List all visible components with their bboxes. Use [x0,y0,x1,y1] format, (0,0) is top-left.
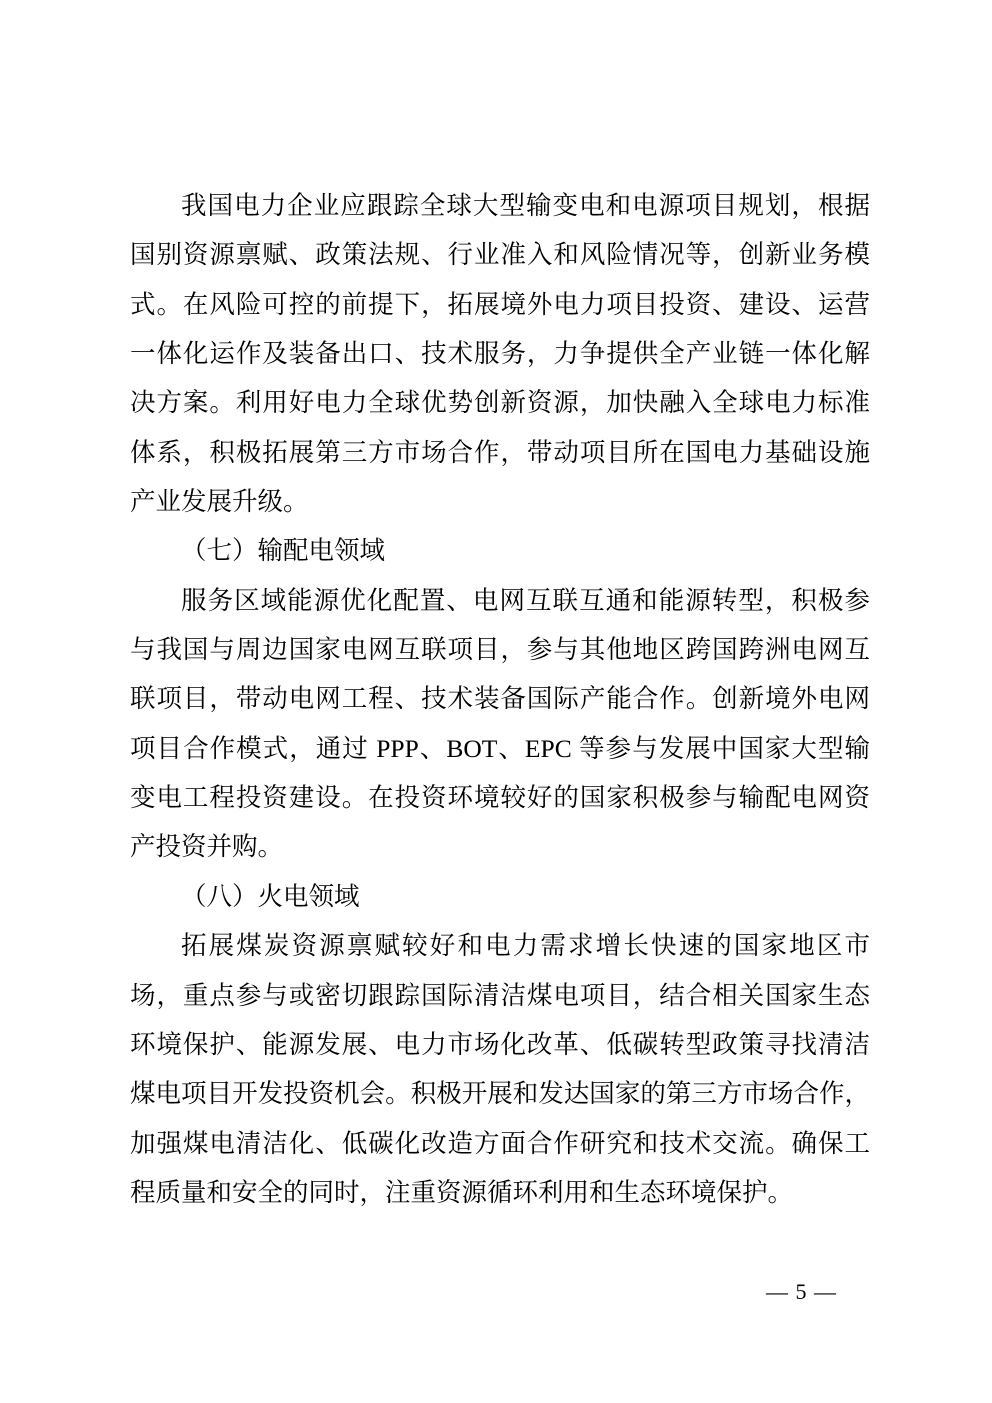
paragraph-global-power: 我国电力企业应跟踪全球大型输变电和电源项目规划，根据 国别资源禀赋、政策法规、行… [130,181,870,526]
text-line: 产业发展升级。 [130,477,870,526]
text-line: 国别资源禀赋、政策法规、行业准入和风险情况等，创新业务模 [130,230,870,279]
text-line: 体系，积极拓展第三方市场合作，带动项目所在国电力基础设施 [130,428,870,477]
text-line: 变电工程投资建设。在投资环境较好的国家积极参与输配电网资 [130,773,870,822]
text-line: 场，重点参与或密切跟踪国际清洁煤电项目，结合相关国家生态 [130,971,870,1020]
paragraph-thermal-power: 拓展煤炭资源禀赋较好和电力需求增长快速的国家地区市 场，重点参与或密切跟踪国际清… [130,921,870,1217]
document-page: 我国电力企业应跟踪全球大型输变电和电源项目规划，根据 国别资源禀赋、政策法规、行… [0,0,992,1403]
text-line: 拓展煤炭资源禀赋较好和电力需求增长快速的国家地区市 [130,921,870,970]
text-line: 联项目，带动电网工程、技术装备国际产能合作。创新境外电网 [130,674,870,723]
section-heading-transmission-distribution: （七）输配电领域 [130,526,870,575]
text-line: 加强煤电清洁化、低碳化改造方面合作研究和技术交流。确保工 [130,1119,870,1168]
paragraph-transmission-distribution: 服务区域能源优化配置、电网互联互通和能源转型，积极参 与我国与周边国家电网互联项… [130,576,870,872]
text-line: 一体化运作及装备出口、技术服务，力争提供全产业链一体化解 [130,329,870,378]
text-line: 环境保护、能源发展、电力市场化改革、低碳转型政策寻找清洁 [130,1020,870,1069]
text-line: 我国电力企业应跟踪全球大型输变电和电源项目规划，根据 [130,181,870,230]
section-heading-thermal-power: （八）火电领域 [130,872,870,921]
text-line: 煤电项目开发投资机会。积极开展和发达国家的第三方市场合作， [130,1069,870,1118]
document-body: 我国电力企业应跟踪全球大型输变电和电源项目规划，根据 国别资源禀赋、政策法规、行… [130,181,870,1217]
page-number: — 5 — [766,1279,837,1304]
text-line: 决方案。利用好电力全球优势创新资源，加快融入全球电力标准 [130,378,870,427]
text-line: 与我国与周边国家电网互联项目，参与其他地区跨国跨洲电网互 [130,625,870,674]
text-line: 式。在风险可控的前提下，拓展境外电力项目投资、建设、运营 [130,280,870,329]
text-line: 产投资并购。 [130,822,870,871]
text-line: 项目合作模式，通过 PPP、BOT、EPC 等参与发展中国家大型输 [130,724,870,773]
text-line: 服务区域能源优化配置、电网互联互通和能源转型，积极参 [130,576,870,625]
text-line: 程质量和安全的同时，注重资源循环利用和生态环境保护。 [130,1168,870,1217]
page-footer: — 5 — [740,1253,837,1331]
